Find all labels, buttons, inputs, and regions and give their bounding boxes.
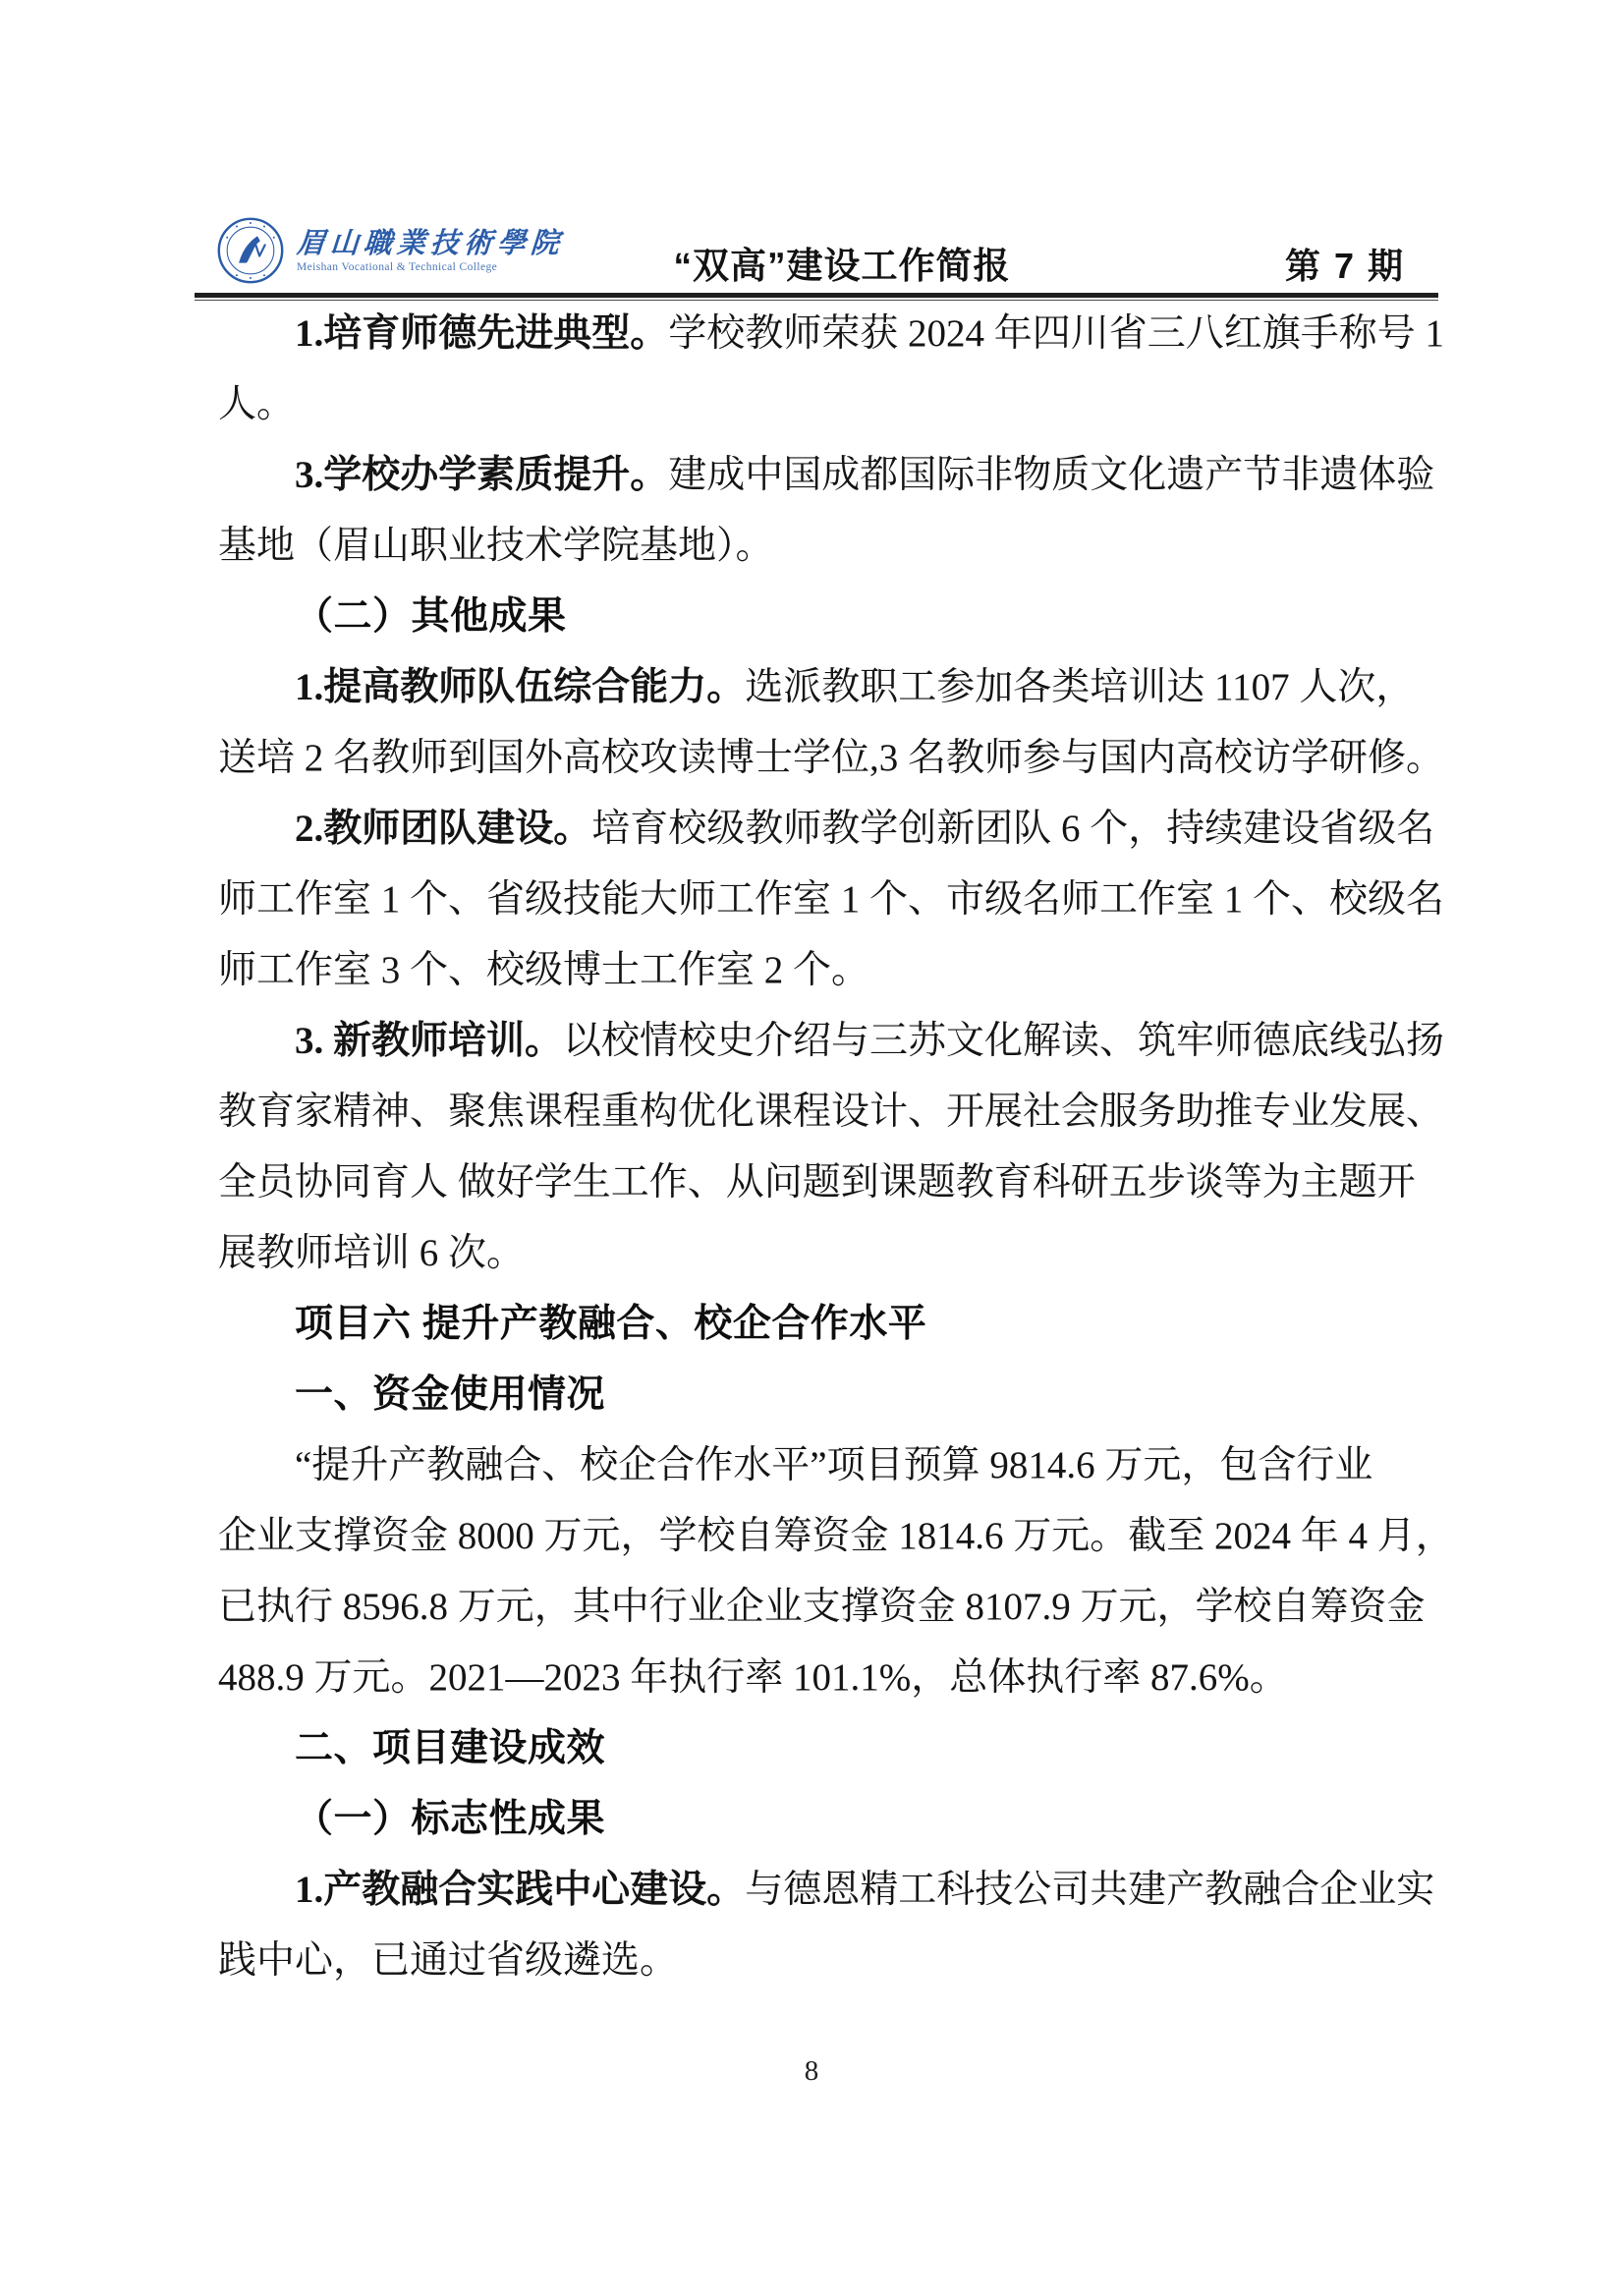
bold-lead-in: 2.教师团队建设。 bbox=[295, 808, 591, 850]
bold-lead-in: 3. 新教师培训。 bbox=[295, 1020, 563, 1062]
line-text: 全员协同育人 做好学生工作、从问题到课题教育科研五步谈等为主题开 bbox=[218, 1161, 1416, 1204]
line-text: 一、资金使用情况 bbox=[295, 1373, 605, 1416]
line-text: 已执行 8596.8 万元，其中行业企业支撑资金 8107.9 万元，学校自筹资… bbox=[218, 1586, 1426, 1628]
text-line: 企业支撑资金 8000 万元，学校自筹资金 1814.6 万元。截至 2024 … bbox=[218, 1501, 1440, 1572]
text-line: 1.产教融合实践中心建设。与德恩精工科技公司共建产教融合企业实 bbox=[218, 1855, 1440, 1926]
line-text: 以校情校史介绍与三苏文化解读、筑牢师德底线弘扬 bbox=[563, 1020, 1444, 1062]
college-seal-icon bbox=[216, 216, 285, 285]
line-text: 师工作室 3 个、校级博士工作室 2 个。 bbox=[218, 949, 869, 991]
line-text: 与德恩精工科技公司共建产教融合企业实 bbox=[745, 1869, 1434, 1911]
text-line: 已执行 8596.8 万元，其中行业企业支撑资金 8107.9 万元，学校自筹资… bbox=[218, 1572, 1440, 1643]
text-line: 2.教师团队建设。培育校级教师教学创新团队 6 个，持续建设省级名 bbox=[218, 794, 1440, 865]
line-text: 选派教职工参加各类培训达 1107 人次， bbox=[745, 666, 1414, 708]
page-number: 8 bbox=[0, 2055, 1623, 2088]
college-name-cn: 眉山職業技術學院 bbox=[296, 227, 565, 260]
college-brand: 眉山職業技術學院 Meishan Vocational & Technical … bbox=[216, 212, 564, 289]
bold-lead-in: 1.提高教师队伍综合能力。 bbox=[295, 666, 745, 708]
line-text: “提升产教融合、校企合作水平”项目预算 9814.6 万元，包含行业 bbox=[295, 1444, 1372, 1486]
text-line: 师工作室 3 个、校级博士工作室 2 个。 bbox=[218, 935, 1440, 1006]
document-body: 1.培育师德先进典型。学校教师荣获 2024 年四川省三八红旗手称号 1人。3.… bbox=[218, 299, 1440, 1996]
line-text: （二）其他成果 bbox=[295, 595, 567, 638]
line-text: 师工作室 1 个、省级技能大师工作室 1 个、市级名师工作室 1 个、校级名 bbox=[218, 878, 1444, 921]
bold-lead-in: 1.培育师德先进典型。 bbox=[295, 312, 668, 355]
heading-line: 项目六 提升产教融合、校企合作水平 bbox=[218, 1289, 1440, 1360]
text-line: 1.培育师德先进典型。学校教师荣获 2024 年四川省三八红旗手称号 1 bbox=[218, 299, 1440, 369]
text-line: 师工作室 1 个、省级技能大师工作室 1 个、市级名师工作室 1 个、校级名 bbox=[218, 865, 1440, 935]
line-text: 践中心，已通过省级遴选。 bbox=[218, 1939, 678, 1982]
line-text: 培育校级教师教学创新团队 6 个，持续建设省级名 bbox=[591, 808, 1434, 850]
text-line: 教育家精神、聚焦课程重构优化课程设计、开展社会服务助推专业发展、 bbox=[218, 1077, 1440, 1148]
text-line: 人。 bbox=[218, 369, 1440, 440]
line-text: （一）标志性成果 bbox=[295, 1798, 605, 1840]
heading-line: （二）其他成果 bbox=[218, 582, 1440, 652]
line-text: 学校教师荣获 2024 年四川省三八红旗手称号 1 bbox=[668, 312, 1444, 355]
line-text: 企业支撑资金 8000 万元，学校自筹资金 1814.6 万元。截至 2024 … bbox=[218, 1515, 1454, 1557]
page-header: 眉山職業技術學院 Meishan Vocational & Technical … bbox=[195, 210, 1438, 293]
text-line: 送培 2 名教师到国外高校攻读博士学位,3 名教师参与国内高校访学研修。 bbox=[218, 723, 1440, 794]
text-line: 3. 新教师培训。以校情校史介绍与三苏文化解读、筑牢师德底线弘扬 bbox=[218, 1006, 1440, 1077]
document-page: 眉山職業技術學院 Meishan Vocational & Technical … bbox=[0, 0, 1623, 2296]
line-text: 项目六 提升产教融合、校企合作水平 bbox=[295, 1303, 926, 1345]
issue-number: 第 7 期 bbox=[1285, 239, 1405, 289]
bold-lead-in: 3.学校办学素质提升。 bbox=[295, 454, 668, 496]
text-line: 1.提高教师队伍综合能力。选派教职工参加各类培训达 1107 人次， bbox=[218, 652, 1440, 723]
heading-line: 二、项目建设成效 bbox=[218, 1713, 1440, 1784]
text-line: 践中心，已通过省级遴选。 bbox=[218, 1926, 1440, 1996]
text-line: “提升产教融合、校企合作水平”项目预算 9814.6 万元，包含行业 bbox=[218, 1430, 1440, 1501]
text-line: 基地（眉山职业技术学院基地）。 bbox=[218, 511, 1440, 582]
bulletin-title: “双高”建设工作简报 bbox=[674, 236, 1011, 289]
bold-lead-in: 1.产教融合实践中心建设。 bbox=[295, 1869, 745, 1911]
line-text: 人。 bbox=[218, 383, 295, 425]
line-text: 二、项目建设成效 bbox=[295, 1727, 605, 1769]
college-name-block: 眉山職業技術學院 Meishan Vocational & Technical … bbox=[297, 227, 564, 275]
line-text: 展教师培训 6 次。 bbox=[218, 1232, 525, 1274]
heading-line: 一、资金使用情况 bbox=[218, 1360, 1440, 1430]
text-line: 3.学校办学素质提升。建成中国成都国际非物质文化遗产节非遗体验 bbox=[218, 440, 1440, 511]
line-text: 教育家精神、聚焦课程重构优化课程设计、开展社会服务助推专业发展、 bbox=[218, 1091, 1444, 1133]
line-text: 基地（眉山职业技术学院基地）。 bbox=[218, 525, 774, 567]
college-name-en: Meishan Vocational & Technical College bbox=[297, 260, 564, 275]
text-line: 488.9 万元。2021—2023 年执行率 101.1%，总体执行率 87.… bbox=[218, 1643, 1440, 1713]
line-text: 488.9 万元。2021—2023 年执行率 101.1%，总体执行率 87.… bbox=[218, 1656, 1288, 1699]
header-rule bbox=[195, 293, 1438, 298]
heading-line: （一）标志性成果 bbox=[218, 1784, 1440, 1855]
text-line: 全员协同育人 做好学生工作、从问题到课题教育科研五步谈等为主题开 bbox=[218, 1148, 1440, 1218]
text-line: 展教师培训 6 次。 bbox=[218, 1218, 1440, 1289]
line-text: 建成中国成都国际非物质文化遗产节非遗体验 bbox=[668, 454, 1434, 496]
line-text: 送培 2 名教师到国外高校攻读博士学位,3 名教师参与国内高校访学研修。 bbox=[218, 737, 1444, 779]
